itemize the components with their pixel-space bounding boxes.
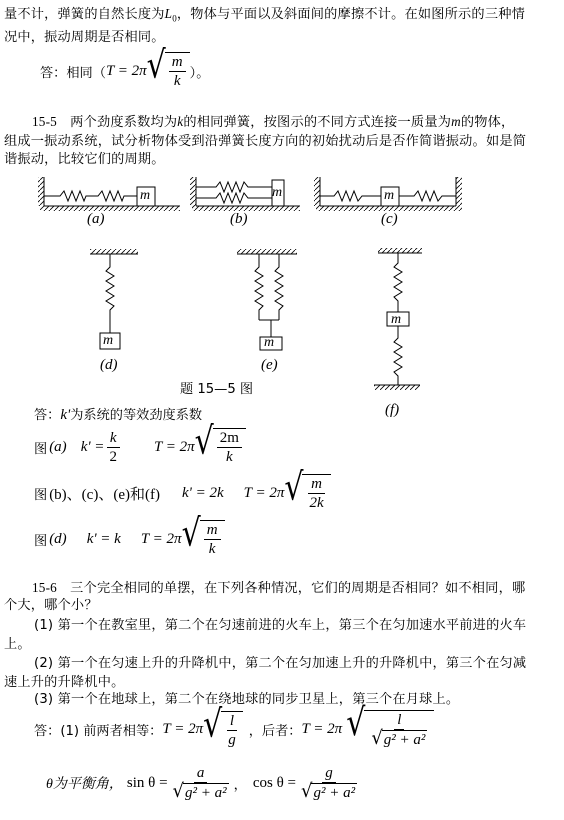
numerator: m	[308, 475, 325, 494]
problem-15-6-item-2b: 速上升的升降机中。	[4, 675, 125, 691]
mass-label-e: m	[264, 335, 274, 351]
figure-label-a: (a)	[87, 211, 105, 228]
problem-15-6-line-2: 个大，哪个小？	[4, 598, 98, 614]
sqrt-icon: √	[173, 783, 184, 803]
mass-label-f: m	[391, 312, 401, 328]
problem-15-5-line-1: 15-5 两个劲度系数均为k的相同弹簧，按图示的不同方式连接一质量为m的物体，	[32, 114, 514, 131]
intro-text: 量不计，弹簧的自然长度为	[4, 7, 165, 22]
period-lhs: T = 2π	[154, 439, 195, 456]
figure-label-d: (d)	[100, 357, 118, 374]
problem-text: 的相同弹簧，按图示的不同方式连接一质量为	[183, 115, 451, 130]
problem-text: 两个劲度系数均为	[70, 115, 177, 130]
numerator: a	[194, 764, 208, 783]
problem-text: 的物体，	[461, 115, 515, 130]
case-fig: (a)	[49, 439, 67, 456]
case-label: 图	[34, 530, 47, 549]
answer-case-bcef: 图 (b)、(c)、(e)和(f) k' = 2k T = 2π √m2k	[34, 474, 331, 512]
problem-15-6-item-3: (3) 第一个在地球上，第二个在绕地球的同步卫星上，第三个在月球上。	[34, 692, 459, 708]
fraction-cos: g√g² + a²	[298, 764, 360, 802]
mass-label-d: m	[103, 333, 113, 349]
sqrt-icon: √	[371, 730, 382, 750]
sqrt-m-over-k: √mk	[182, 520, 225, 558]
sqrt-2m-over-k: √2mk	[195, 428, 246, 466]
answer-label: 答：	[34, 408, 60, 423]
denominator: 2k	[306, 494, 326, 512]
denominator: g² + a²	[382, 730, 428, 749]
diagram-a	[38, 177, 180, 211]
problem-15-6-item-1a: (1) 第一个在教室里，第二个在匀速前进的火车上，第三个在匀加速水平前进的火车	[34, 618, 526, 634]
sqrt-icon: √	[301, 783, 312, 803]
answer-15-6-line-1: 答：(1) 前两者相等： T = 2π √lg ，后者： T = 2π √l√g…	[34, 710, 434, 749]
k-prime-lhs: k' =	[81, 439, 105, 456]
theta-text: θ为平衡角，	[46, 773, 123, 793]
sqrt-m-over-2k: √m2k	[284, 474, 330, 512]
k-prime-eq: k' = k	[87, 531, 121, 548]
case-label: 图	[34, 484, 47, 503]
denominator: g	[225, 731, 239, 749]
denominator: k	[206, 540, 219, 558]
denominator: g² + a²	[311, 783, 357, 802]
problem-15-5-line-2: 组成一振动系统，试分析物体受到沿弹簧长度方向的初始扰动后是否作简谐振动。如是简	[4, 134, 526, 150]
numerator: k	[107, 429, 120, 448]
numerator: g	[322, 764, 336, 783]
denominator: k	[223, 448, 236, 466]
fraction-sin: a√g² + a²	[170, 764, 232, 802]
intro-line-1: 量不计，弹簧的自然长度为L0，物体与平面以及斜面间的摩擦不计。在如图所示的三种情	[4, 6, 525, 27]
answer-case-d: 图 (d) k' = k T = 2π √mk	[34, 520, 225, 558]
sqrt-icon: √	[203, 706, 222, 754]
diagram-b	[190, 177, 300, 211]
problem-15-5-line-3: 谐振动，比较它们的周期。	[4, 152, 165, 168]
period-lhs: T = 2π	[141, 531, 182, 548]
answer-15-5-intro: 答：k'为系统的等效劲度系数	[34, 404, 202, 424]
answer-15-6-line-2: θ为平衡角， sin θ = a√g² + a² ， cos θ = g√g² …	[46, 764, 362, 802]
intro-line-2: 况中，振动周期是否相同。	[4, 30, 165, 46]
mass-label-a: m	[140, 188, 150, 204]
sqrt-icon: √	[284, 469, 303, 517]
sqrt-icon: √	[147, 47, 166, 95]
denominator: g² + a²	[183, 783, 229, 802]
k-prime-eq: k' = 2k	[182, 485, 224, 502]
sin-lhs: sin θ =	[127, 775, 168, 792]
intro-answer: 答：相同（ T = 2π √ mk ）。	[40, 52, 209, 90]
answer-text: 为系统的等效劲度系数	[70, 408, 202, 423]
fraction-k-over-2: k2	[106, 429, 120, 466]
denominator: k	[171, 72, 184, 90]
figure-label-b: (b)	[230, 211, 248, 228]
sqrt-l-over-sqrt-g2-a2: √l√g² + a²	[346, 710, 434, 749]
var-k-prime: k'	[60, 407, 70, 423]
answer-case-a: 图 (a) k' = k2 T = 2π √2mk	[34, 428, 246, 466]
period-lhs: T = 2π	[106, 63, 147, 80]
var-m: m	[451, 114, 461, 129]
sqrt-icon: √	[195, 423, 214, 471]
numerator: m	[169, 53, 186, 72]
cos-lhs: cos θ =	[253, 775, 296, 792]
numerator: m	[204, 521, 221, 540]
period-lhs: T = 2π	[162, 721, 203, 738]
figure-caption: 题 15—5 图	[180, 378, 253, 397]
case-label: 图	[34, 438, 47, 457]
diagram-d	[90, 249, 138, 349]
numerator: 2m	[217, 429, 242, 448]
numerator: l	[227, 712, 237, 731]
sqrt-icon: √	[182, 515, 201, 563]
intro-text: ，物体与平面以及斜面间的摩擦不计。在如图所示的三种情	[177, 7, 525, 22]
answer-text: ，后者：	[249, 720, 302, 739]
case-figs: (b)、(c)、(e)和(f)	[49, 483, 160, 504]
sqrt-m-over-k: √ mk	[147, 52, 190, 90]
figure-label-e: (e)	[261, 357, 278, 374]
problem-text: 三个完全相同的单摆，在下列各种情况，它们的周期是否相同？如不相同，哪	[70, 581, 525, 596]
figure-label-f: (f)	[385, 402, 399, 419]
problem-number: 15-6	[32, 580, 57, 595]
period-lhs: T = 2π	[301, 721, 342, 738]
answer-label: 答：相同（	[40, 62, 106, 81]
numerator: l	[394, 711, 404, 730]
mass-label-c: m	[384, 188, 394, 204]
answer-close: ）。	[190, 62, 210, 81]
denominator: 2	[106, 448, 120, 466]
sqrt-l-over-g: √lg	[203, 711, 243, 749]
mass-label-b: m	[272, 185, 282, 201]
problem-number: 15-5	[32, 114, 57, 129]
problem-15-6-item-2a: (2) 第一个在匀速上升的升降机中，第二个在匀加速上升的升降机中，第三个在匀减	[34, 656, 526, 672]
answer-text: 答：(1) 前两者相等：	[34, 720, 162, 739]
problem-15-6-line-1: 15-6 三个完全相同的单摆，在下列各种情况，它们的周期是否相同？如不相同，哪	[32, 580, 525, 597]
problem-15-6-item-1b: 上。	[4, 637, 31, 653]
separator: ，	[234, 774, 247, 793]
case-fig: (d)	[49, 531, 67, 548]
figure-label-c: (c)	[381, 211, 398, 228]
period-lhs: T = 2π	[244, 485, 285, 502]
sqrt-icon: √	[346, 705, 365, 754]
